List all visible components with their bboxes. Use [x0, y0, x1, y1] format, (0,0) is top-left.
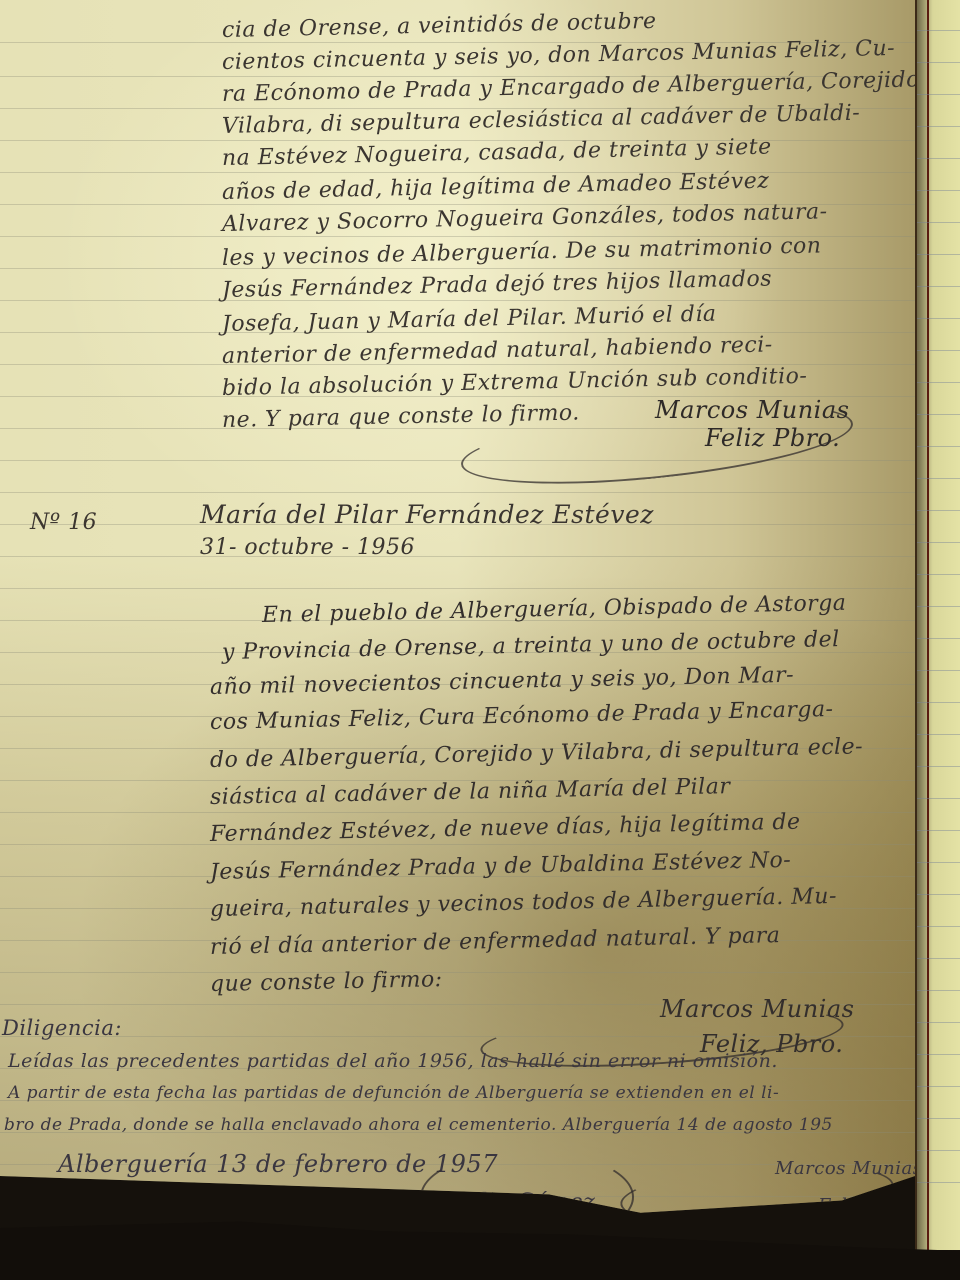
- entry-line: En el pueblo de Alberguería, Obispado de…: [262, 591, 847, 628]
- diligencia-line: bro de Prada, donde se halla enclavado a…: [4, 1115, 833, 1135]
- entry-number: Nº 16: [30, 510, 97, 535]
- prev-line: cia de Orense, a veintidós de octubre: [222, 9, 657, 43]
- prev-line: Jesús Fernández Prada dejó tres hijos ll…: [222, 266, 773, 303]
- entry-line: do de Alberguería, Corejido y Vilabra, d…: [210, 734, 864, 773]
- register-photo: cia de Orense, a veintidós de octubre ci…: [0, 0, 960, 1280]
- entry-line: Jesús Fernández Prada y de Ubaldina Esté…: [210, 848, 792, 885]
- signature-title: Feliz Pbro.: [818, 1195, 921, 1216]
- entry-line: Fernández Estévez, de nueve días, hija l…: [210, 810, 801, 847]
- entry-line: año mil novecientos cincuenta y seis yo,…: [210, 663, 795, 700]
- margin-line: [927, 0, 929, 1250]
- signature-name: Marcos Munias: [775, 1158, 923, 1179]
- entry-line: gueira, naturales y vecinos todos de Alb…: [210, 884, 837, 922]
- signature-name: Marcos Munias: [655, 396, 849, 424]
- signature-title: Feliz Pbro.: [705, 424, 840, 452]
- entry-line: cos Munias Feliz, Cura Ecónomo de Prada …: [210, 697, 834, 735]
- diligencia-line: A partir de esta fecha las partidas de d…: [8, 1083, 779, 1103]
- entry-name: María del Pilar Fernández Estévez: [200, 500, 654, 529]
- prev-line: Vilabra, di sepultura eclesiástica al ca…: [222, 101, 861, 139]
- desk-shadow: [0, 1215, 960, 1280]
- signature-name: Claudio Gómez: [420, 1190, 595, 1215]
- prev-line: les y vecinos de Alberguería. De su matr…: [222, 233, 822, 271]
- signature-name: Marcos Munias: [660, 995, 854, 1023]
- prev-line: años de edad, hija legítima de Amadeo Es…: [222, 169, 770, 205]
- entry-line: rió el día anterior de enfermedad natura…: [210, 923, 781, 960]
- signature-flourish: [420, 1150, 634, 1244]
- diligencia-vobo: Vº Bº El Vice Arcipreste: [44, 1190, 349, 1218]
- entry-line: que conste lo firmo:: [210, 967, 443, 997]
- entry-date: 31- octubre - 1956: [200, 535, 415, 560]
- register-page: cia de Orense, a veintidós de octubre ci…: [0, 0, 915, 1225]
- diligencia-line: Leídas las precedentes partidas del año …: [8, 1050, 778, 1072]
- diligencia-heading: Diligencia:: [2, 1016, 122, 1040]
- entry-line: y Provincia de Orense, a treinta y uno d…: [222, 627, 840, 665]
- adjacent-page-edge: [915, 0, 960, 1250]
